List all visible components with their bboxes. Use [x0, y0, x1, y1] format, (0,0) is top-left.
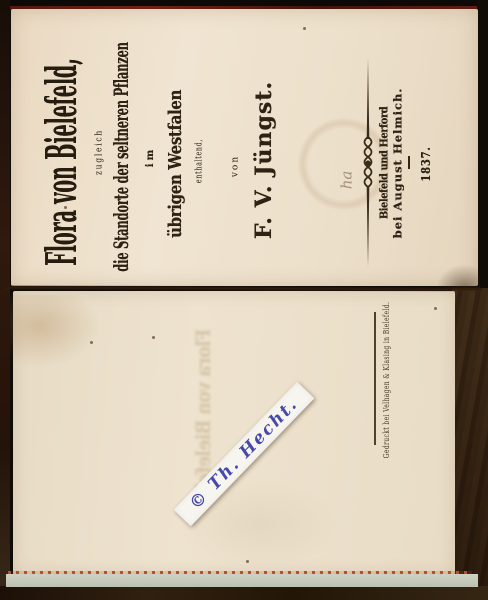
- printer-imprint-rule: [374, 312, 376, 445]
- ornament-divider: [360, 55, 376, 271]
- subtitle-zugleich: zugleich: [96, 125, 105, 179]
- subtitle-enthaltend: enthaltend,: [196, 129, 205, 192]
- book-block-edge-right: [452, 288, 488, 588]
- stain-ring: [298, 118, 390, 210]
- imprint-publisher: bei August Helmich.: [392, 88, 404, 239]
- imprint-year: 1837.: [420, 142, 433, 186]
- cover-edge-bottom: [0, 586, 488, 600]
- ornament-divider-icon: [360, 55, 376, 271]
- subtitle-im: im: [146, 147, 156, 167]
- printer-imprint: Gedruckt bei Velhagen & Klasing in Biele…: [383, 276, 391, 485]
- byline-von: von: [232, 155, 241, 177]
- book-title: Flora von Bielefeld,: [41, 0, 83, 387]
- pencil-mark: ha: [340, 171, 355, 190]
- foxing-speck: [90, 341, 93, 344]
- year-separator-rule: [408, 156, 410, 169]
- subtitle-standorte: die Standorte der seltneren Pflanzen: [111, 0, 131, 355]
- cover-edge-left: [0, 0, 10, 600]
- imprint-place: Bielefeld und Herford: [379, 101, 390, 226]
- cover-edge-right: [477, 0, 488, 292]
- foxing-speck: [303, 27, 306, 30]
- subtitle-westfalen: übrigen Westfalen: [167, 76, 185, 252]
- foxing-speck: [434, 307, 437, 310]
- foxing-speck: [246, 560, 249, 563]
- author-name: F. V. Jüngst.: [253, 81, 275, 239]
- book-photo: Flora von Bielefeld, zugleich die Stando…: [0, 0, 488, 600]
- foxing-speck: [152, 336, 155, 339]
- corner-curl-shadow: [436, 264, 480, 290]
- fore-edge-strip: [6, 574, 478, 587]
